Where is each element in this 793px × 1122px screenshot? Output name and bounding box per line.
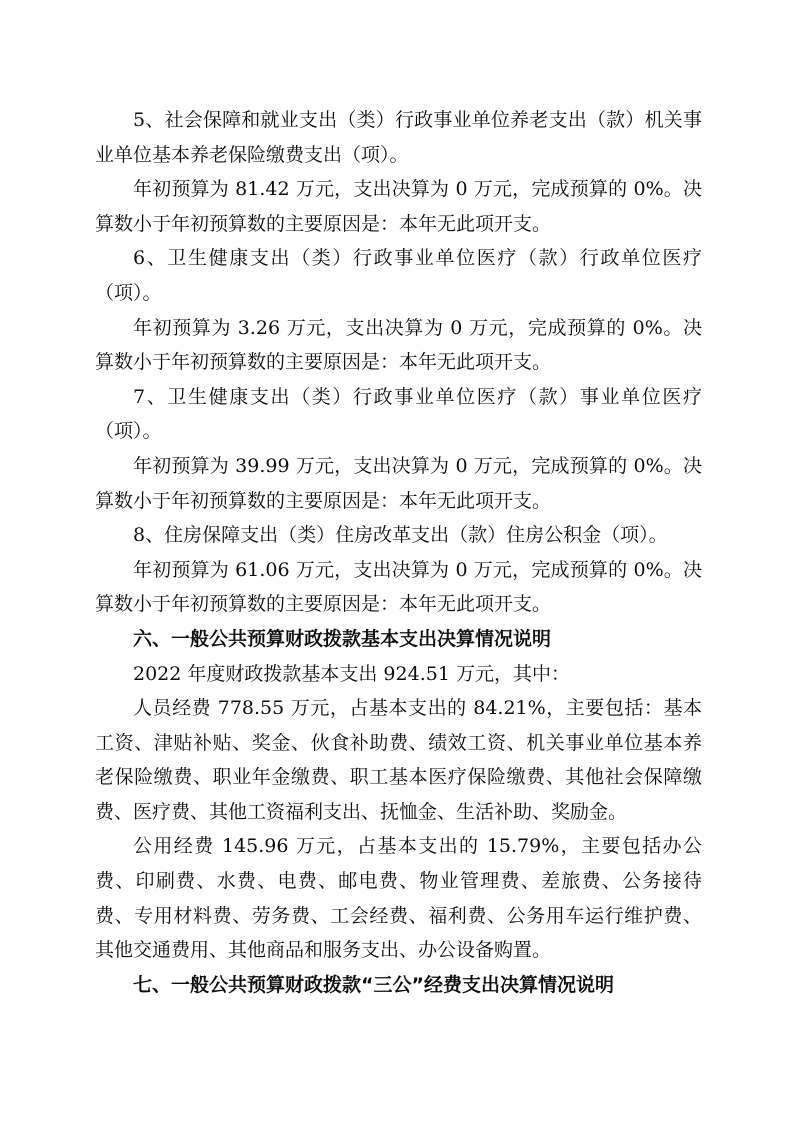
paragraph: 年初预算为 39.99 万元，支出决算为 0 万元，完成预算的 0%。决算数小于… [95,449,702,518]
paragraph: 人员经费 778.55 万元，占基本支出的 84.21%，主要包括：基本工资、津… [95,691,702,829]
paragraph: 7、卫生健康支出（类）行政事业单位医疗（款）事业单位医疗（项）。 [95,380,702,449]
section-heading: 七、一般公共预算财政拨款“三公”经费支出决算情况说明 [95,968,702,1003]
paragraph: 年初预算为 3.26 万元，支出决算为 0 万元，完成预算的 0%。决算数小于年… [95,311,702,380]
paragraph: 年初预算为 81.42 万元，支出决算为 0 万元，完成预算的 0%。决算数小于… [95,172,702,241]
paragraph: 6、卫生健康支出（类）行政事业单位医疗（款）行政单位医疗（项）。 [95,241,702,310]
paragraph: 公用经费 145.96 万元，占基本支出的 15.79%，主要包括办公费、印刷费… [95,829,702,967]
paragraph: 2022 年度财政拨款基本支出 924.51 万元，其中： [95,657,702,692]
paragraph: 5、社会保障和就业支出（类）行政事业单位养老支出（款）机关事业单位基本养老保险缴… [95,103,702,172]
document-page: 5、社会保障和就业支出（类）行政事业单位养老支出（款）机关事业单位基本养老保险缴… [0,0,793,1122]
paragraph: 年初预算为 61.06 万元，支出决算为 0 万元，完成预算的 0%。决算数小于… [95,553,702,622]
document-content: 5、社会保障和就业支出（类）行政事业单位养老支出（款）机关事业单位基本养老保险缴… [95,103,702,1002]
section-heading: 六、一般公共预算财政拨款基本支出决算情况说明 [95,622,702,657]
paragraph: 8、住房保障支出（类）住房改革支出（款）住房公积金（项）。 [95,518,702,553]
